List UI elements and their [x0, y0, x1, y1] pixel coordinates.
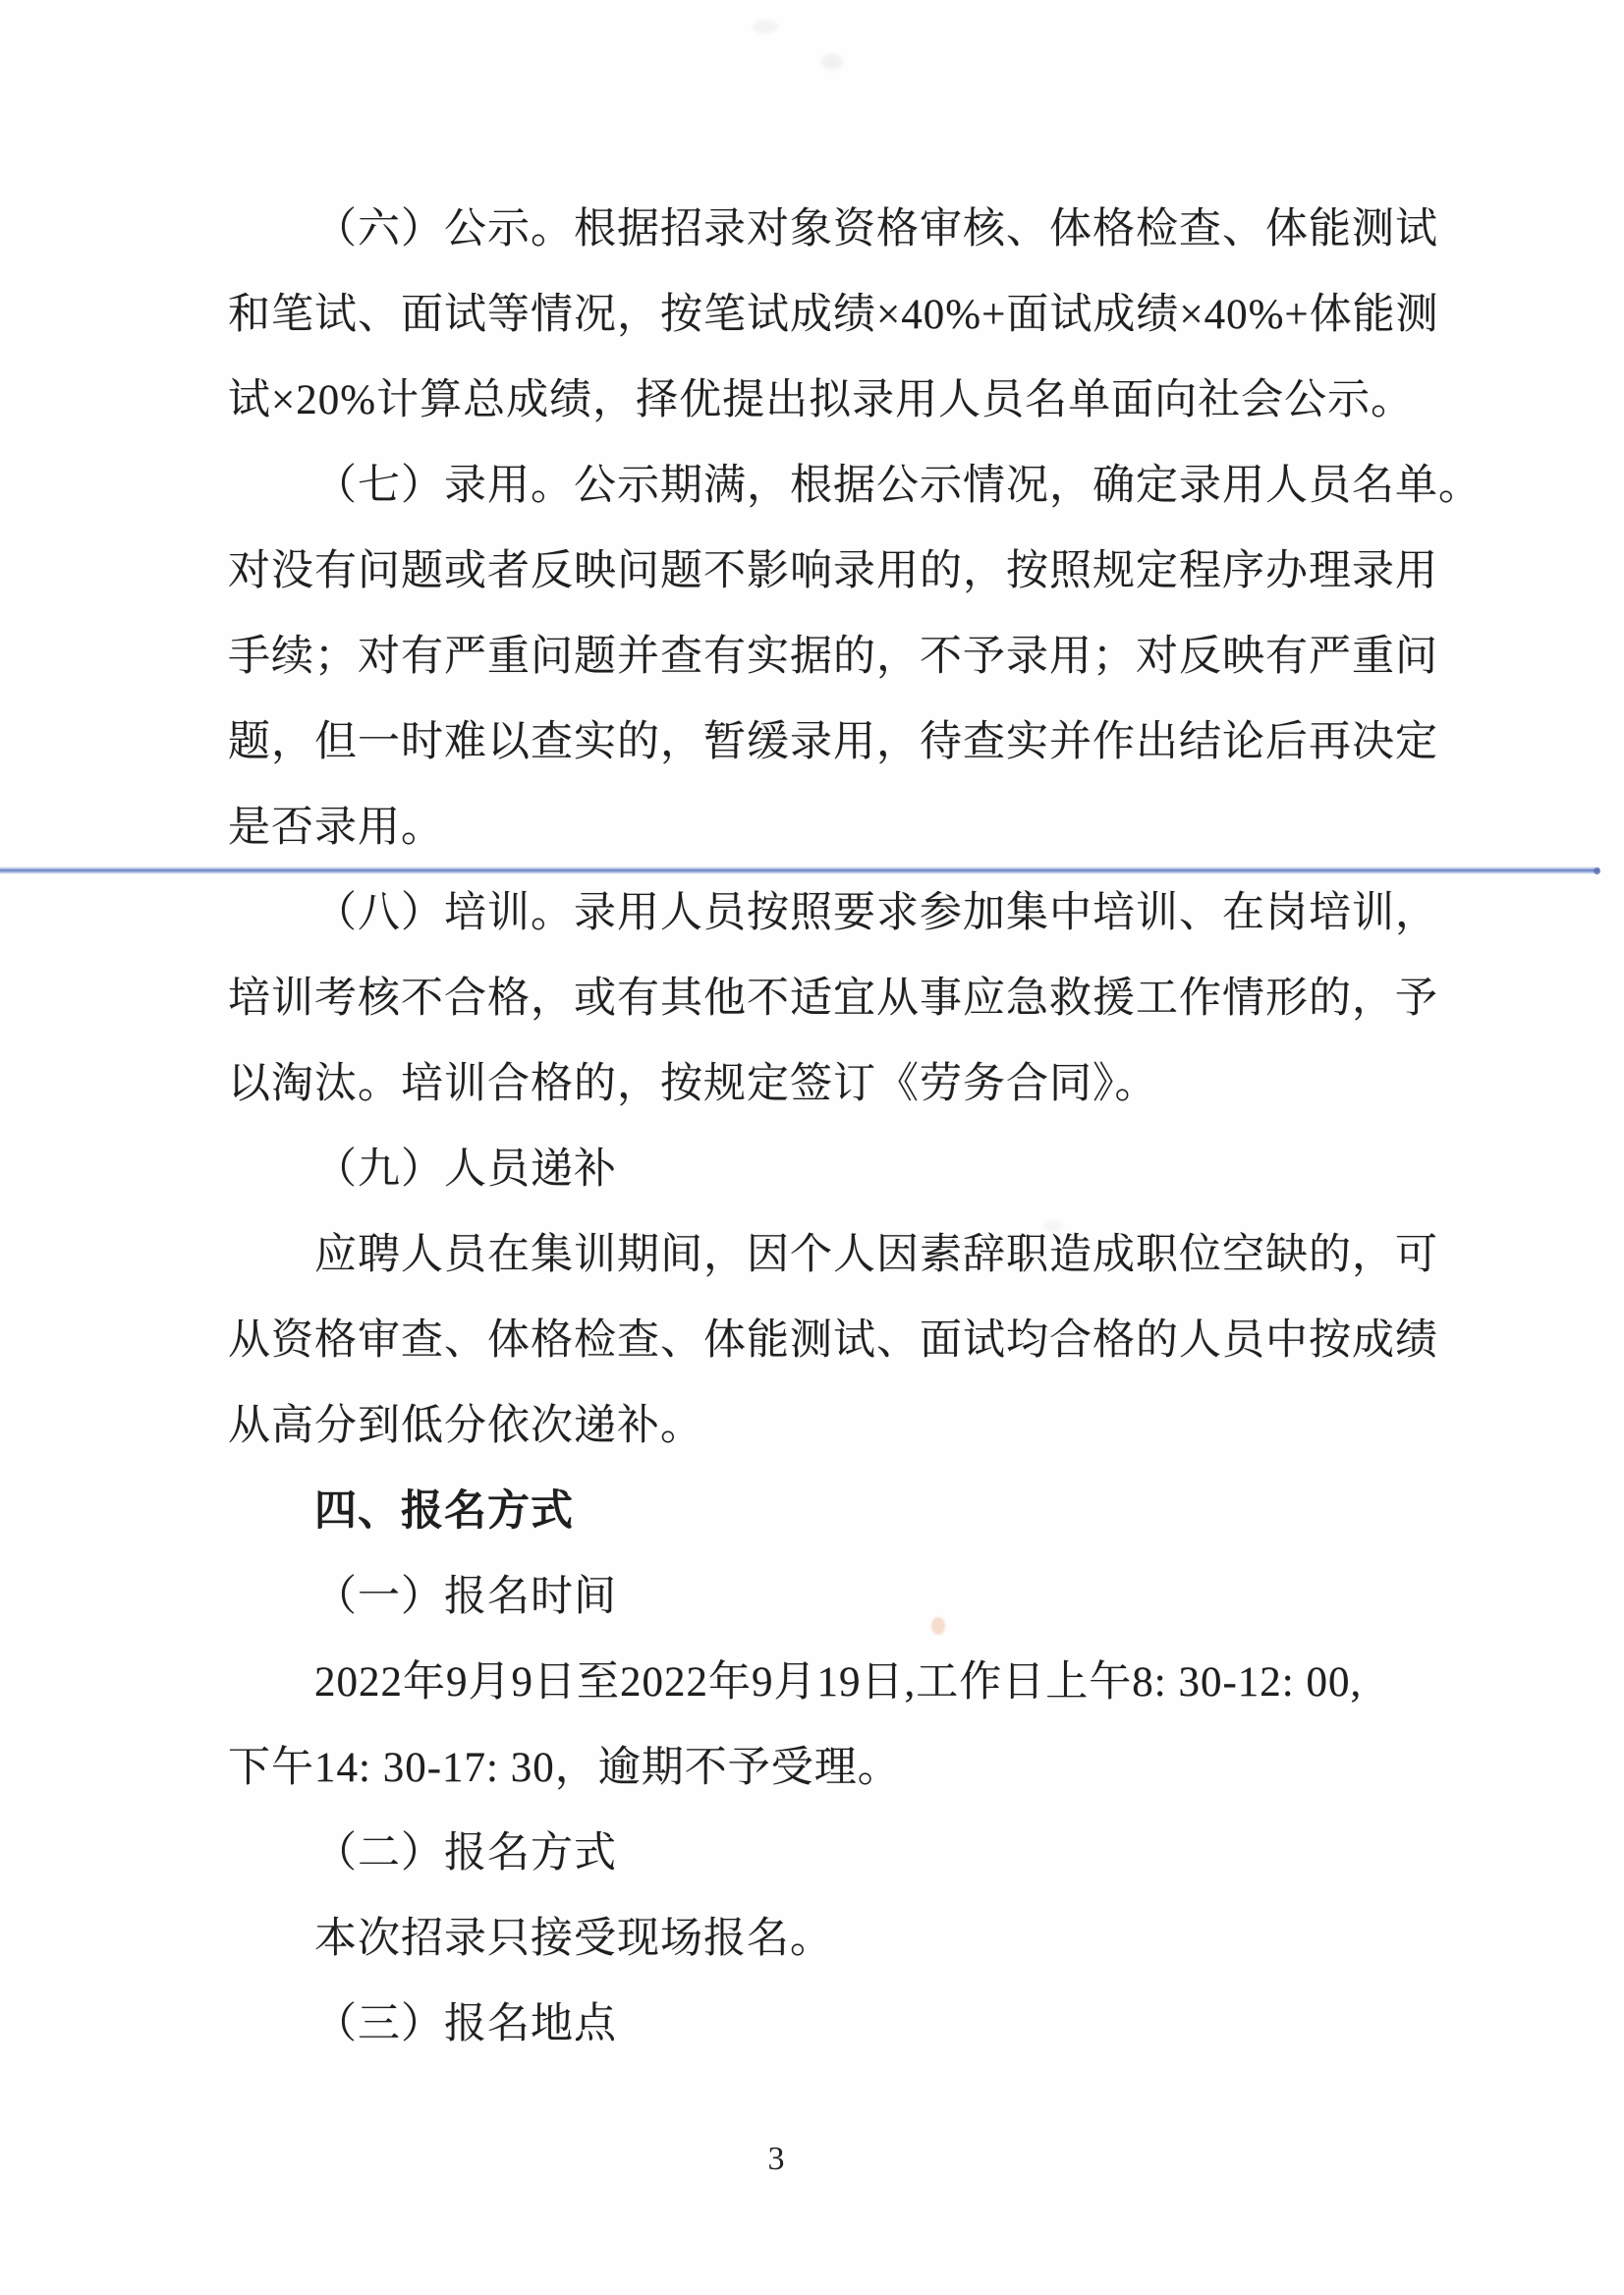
subsection-heading: （一）报名时间 [228, 1554, 1407, 1640]
paragraph-line: 和笔试、面试等情况，按笔试成绩×40%+面试成绩×40%+体能测 [228, 272, 1407, 358]
paragraph-line: （八）培训。录用人员按照要求参加集中培训、在岗培训， [228, 870, 1407, 956]
paragraph-line: 是否录用。 [228, 785, 1407, 870]
paragraph-line: 应聘人员在集训期间，因个人因素辞职造成职位空缺的，可 [228, 1212, 1407, 1298]
paragraph-line: 从高分到低分依次递补。 [228, 1383, 1407, 1469]
paragraph-line: 试×20%计算总成绩，择优提出拟录用人员名单面向社会公示。 [228, 358, 1407, 443]
page-number: 3 [0, 2140, 1552, 2179]
paragraph-line: （七）录用。公示期满，根据公示情况，确定录用人员名单。 [228, 443, 1407, 529]
paragraph-line: （六）公示。根据招录对象资格审核、体格检查、体能测试 [228, 187, 1407, 272]
subsection-heading: （三）报名地点 [228, 1982, 1407, 2067]
paragraph-line: 本次招录只接受现场报名。 [228, 1896, 1407, 1982]
subsection-heading: （九）人员递补 [228, 1127, 1407, 1212]
paragraph-line: 从资格审查、体格检查、体能测试、面试均合格的人员中按成绩 [228, 1298, 1407, 1383]
paragraph-line: 下午14: 30-17: 30，逾期不予受理。 [228, 1725, 1407, 1811]
horizontal-divider-line [0, 867, 1599, 874]
document-text-block: （六）公示。根据招录对象资格审核、体格检查、体能测试 和笔试、面试等情况，按笔试… [228, 187, 1407, 2067]
paragraph-line: 题，但一时难以查实的，暂缓录用，待查实并作出结论后再决定 [228, 700, 1407, 785]
paragraph-line: 手续；对有严重问题并查有实据的，不予录用；对反映有严重问 [228, 614, 1407, 700]
paragraph-line: 对没有问题或者反映问题不影响录用的，按照规定程序办理录用 [228, 529, 1407, 614]
document-page: （六）公示。根据招录对象资格审核、体格检查、体能测试 和笔试、面试等情况，按笔试… [0, 0, 1624, 2295]
scan-artifact [753, 20, 778, 33]
paragraph-line: 以淘汰。培训合格的，按规定签订《劳务合同》。 [228, 1041, 1407, 1127]
section-heading: 四、报名方式 [228, 1469, 1407, 1554]
paragraph-line: 2022年9月9日至2022年9月19日,工作日上午8: 30-12: 00, [228, 1640, 1407, 1725]
scan-artifact [821, 54, 843, 70]
paragraph-line: 培训考核不合格，或有其他不适宜从事应急救援工作情形的，予 [228, 956, 1407, 1041]
divider-end-dot [1594, 868, 1600, 874]
subsection-heading: （二）报名方式 [228, 1811, 1407, 1896]
